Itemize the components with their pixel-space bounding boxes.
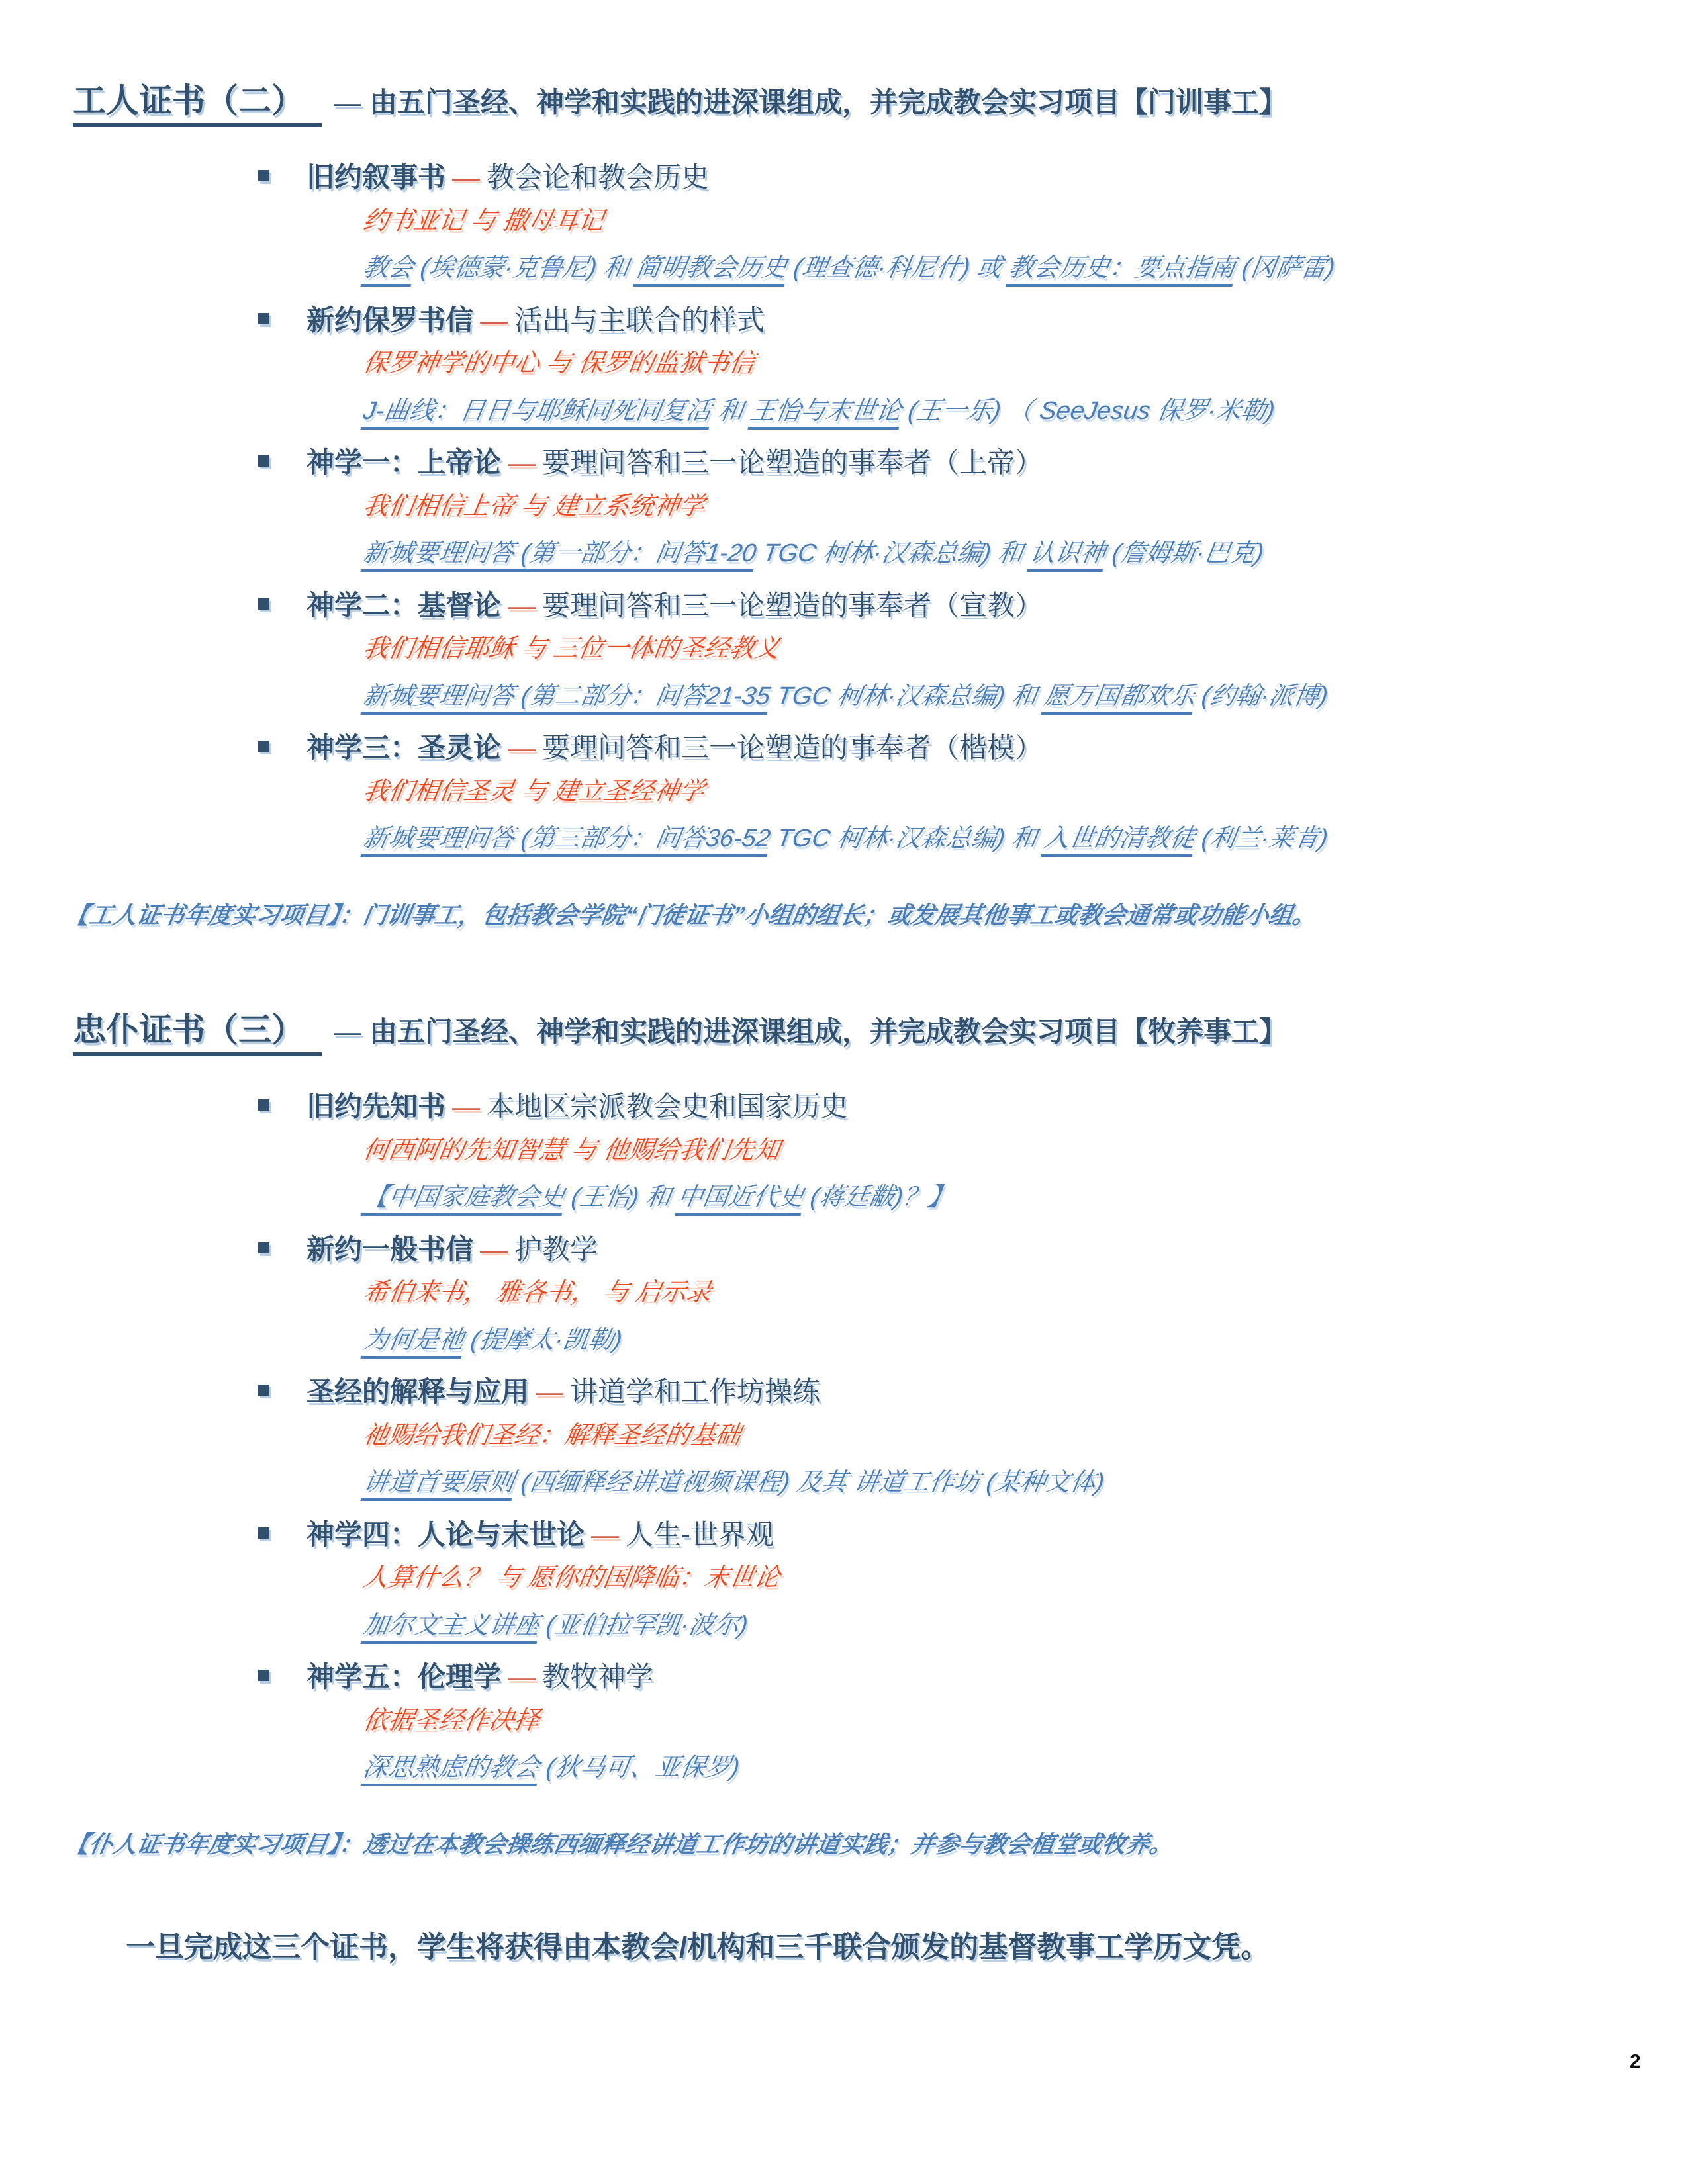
course-description: 讲道学和工作坊操练 — [570, 1376, 820, 1407]
course-item: 神学四：人论与末世论—人生-世界观人算什么？ 与 愿你的国降临：末世论加尔文主义… — [258, 1518, 1688, 1642]
required-readings-red: 何西阿的先知智慧 与 他赐给我们先知 — [361, 1135, 782, 1167]
course-dash: — — [452, 161, 480, 193]
book-title-link[interactable]: 教会历史：要点指南 — [1006, 254, 1238, 287]
course-name: 神学一：上帝论 — [306, 447, 501, 478]
course-red-row: 希伯来书， 雅各书， 与 启示录 — [361, 1277, 1688, 1309]
course-item: 神学二：基督论—要理问答和三一论塑造的事奉者（宣教）我们相信耶稣 与 三位一体的… — [258, 588, 1688, 713]
course-description: 要理问答和三一论塑造的事奉者（宣教） — [542, 590, 1043, 621]
bullet-square-icon — [258, 1385, 269, 1396]
bullet-square-icon — [258, 598, 269, 610]
course-description: 教牧神学 — [542, 1661, 653, 1692]
course-heading: 神学四：人论与末世论—人生-世界观 — [258, 1518, 1688, 1553]
bullet-square-icon — [258, 313, 269, 324]
page-number: 2 — [1630, 2050, 1641, 2073]
readings-blue: 为何是祂 (提摩太·凯勒) — [361, 1325, 624, 1357]
course-name: 新约一般书信 — [306, 1234, 473, 1265]
course-dash: — — [508, 1661, 536, 1692]
course-heading: 旧约叙事书—教会论和教会历史 — [258, 160, 1688, 195]
book-title-link[interactable]: 【中国家庭教会史 — [360, 1183, 567, 1216]
course-name: 圣经的解释与应用 — [306, 1376, 529, 1407]
course-dash: — — [591, 1519, 619, 1550]
book-title-link[interactable]: 新城要理问答 (第二部分：问答21-35 — [360, 682, 772, 715]
course-dash: — — [480, 304, 508, 336]
course-heading: 新约保罗书信—活出与主联合的样式 — [258, 303, 1688, 338]
book-author-text: (詹姆斯·巴克) — [1103, 539, 1266, 567]
certificate-section: 忠仆证书（三）—由五门圣经、神学和实践的进深课组成，并完成教会实习项目【牧养事工… — [0, 1003, 1688, 1860]
course-description: 要理问答和三一论塑造的事奉者（楷模） — [542, 732, 1043, 763]
section-summary: 由五门圣经、神学和实践的进深课组成，并完成教会实习项目【门训事工】 — [369, 87, 1287, 118]
bullet-square-icon — [258, 170, 269, 181]
book-author-text: (埃德蒙·克鲁尼) 和 — [412, 254, 638, 282]
course-blue-row: 新城要理问答 (第三部分：问答36-52 TGC 柯林·汉森总编) 和 入世的清… — [361, 823, 1688, 855]
course-red-row: 依据圣经作决择 — [361, 1706, 1688, 1737]
book-author-text: (王一乐) （ SeeJesus 保罗·米勒) — [899, 397, 1276, 425]
section-dash: — — [334, 1016, 361, 1047]
course-heading: 圣经的解释与应用—讲道学和工作坊操练 — [258, 1375, 1688, 1410]
course-dash: — — [536, 1376, 563, 1407]
document-page: 工人证书（二）—由五门圣经、神学和实践的进深课组成，并完成教会实习项目【门训事工… — [0, 0, 1688, 2184]
readings-blue: 讲道首要原则 (西缅释经讲道视频课程) 及其 讲道工作坊 (某种文体) — [361, 1467, 1106, 1499]
required-readings-red: 希伯来书， 雅各书， 与 启示录 — [361, 1277, 714, 1309]
course-heading: 旧约先知书—本地区宗派教会史和国家历史 — [258, 1089, 1688, 1124]
book-author-text: 和 — [709, 397, 753, 425]
course-name: 旧约先知书 — [306, 1091, 445, 1122]
book-author-text: (狄马可、亚保罗) — [538, 1754, 742, 1782]
course-name: 新约保罗书信 — [306, 304, 473, 336]
book-title-link[interactable]: 愿万国都欢乐 — [1041, 682, 1197, 715]
internship-note-row: 【仆人证书年度实习项目】：透过在本教会操练西缅释经讲道工作坊的讲道实践；并参与教… — [63, 1829, 1688, 1860]
book-title-link[interactable]: 教会 — [360, 254, 416, 287]
book-title-link[interactable]: 中国近代史 — [675, 1183, 806, 1216]
course-dash: — — [452, 1091, 480, 1122]
internship-note: 【工人证书年度实习项目】：门训事工，包括教会学院“门徒证书”小组的组长；或发展其… — [63, 900, 1319, 931]
sections-container: 工人证书（二）—由五门圣经、神学和实践的进深课组成，并完成教会实习项目【门训事工… — [0, 74, 1688, 1860]
course-dash: — — [480, 1234, 508, 1265]
course-name: 神学三：圣灵论 — [306, 732, 501, 763]
course-name: 神学五：伦理学 — [306, 1661, 501, 1692]
course-item: 新约保罗书信—活出与主联合的样式保罗神学的中心 与 保罗的监狱书信J-曲线：日日… — [258, 303, 1688, 428]
required-readings-red: 保罗神学的中心 与 保罗的监狱书信 — [361, 348, 757, 380]
course-blue-row: J-曲线：日日与耶稣同死同复活 和 王怡与末世论 (王一乐) （ SeeJesu… — [361, 396, 1688, 428]
required-readings-red: 祂赐给我们圣经：解释圣经的基础 — [361, 1420, 743, 1452]
bullet-square-icon — [258, 741, 269, 752]
book-title-link[interactable]: 简明教会历史 — [633, 254, 789, 287]
course-blue-row: 【中国家庭教会史 (王怡) 和 中国近代史 (蒋廷黻)？】 — [361, 1182, 1688, 1214]
required-readings-red: 我们相信圣灵 与 建立圣经神学 — [361, 776, 707, 808]
course-red-row: 我们相信圣灵 与 建立圣经神学 — [361, 776, 1688, 808]
course-red-row: 祂赐给我们圣经：解释圣经的基础 — [361, 1420, 1688, 1452]
book-title-link[interactable]: 深思熟虑的教会 — [360, 1754, 541, 1786]
course-name: 神学四：人论与末世论 — [306, 1519, 585, 1550]
readings-blue: 新城要理问答 (第一部分：问答1-20 TGC 柯林·汉森总编) 和 认识神 (… — [361, 538, 1266, 570]
book-author-text: (利兰·莱肯) — [1193, 825, 1330, 852]
course-description: 活出与主联合的样式 — [514, 304, 765, 336]
course-red-row: 何西阿的先知智慧 与 他赐给我们先知 — [361, 1135, 1688, 1167]
section-title-row: 工人证书（二）—由五门圣经、神学和实践的进深课组成，并完成教会实习项目【门训事工… — [73, 74, 1688, 122]
course-dash: — — [508, 590, 536, 621]
book-title-link[interactable]: J-曲线：日日与耶稣同死同复活 — [360, 397, 713, 430]
course-item: 神学一：上帝论—要理问答和三一论塑造的事奉者（上帝）我们相信上帝 与 建立系统神… — [258, 445, 1688, 570]
course-red-row: 保罗神学的中心 与 保罗的监狱书信 — [361, 348, 1688, 380]
book-author-text: (亚伯拉罕凯·波尔) — [538, 1612, 750, 1639]
course-item: 圣经的解释与应用—讲道学和工作坊操练祂赐给我们圣经：解释圣经的基础讲道首要原则 … — [258, 1375, 1688, 1499]
course-blue-row: 新城要理问答 (第二部分：问答21-35 TGC 柯林·汉森总编) 和 愿万国都… — [361, 681, 1688, 713]
required-readings-red: 我们相信耶稣 与 三位一体的圣经教义 — [361, 633, 782, 665]
course-blue-row: 讲道首要原则 (西缅释经讲道视频课程) 及其 讲道工作坊 (某种文体) — [361, 1467, 1688, 1499]
book-title-link[interactable]: 认识神 — [1027, 539, 1107, 572]
course-red-row: 我们相信上帝 与 建立系统神学 — [361, 491, 1688, 523]
book-title-link[interactable]: 王怡与末世论 — [747, 397, 904, 430]
course-blue-row: 为何是祂 (提摩太·凯勒) — [361, 1325, 1688, 1357]
book-author-text: TGC 柯林·汉森总编) 和 — [754, 539, 1032, 567]
readings-blue: 新城要理问答 (第三部分：问答36-52 TGC 柯林·汉森总编) 和 入世的清… — [361, 823, 1330, 855]
readings-blue: 新城要理问答 (第二部分：问答21-35 TGC 柯林·汉森总编) 和 愿万国都… — [361, 681, 1330, 713]
course-item: 旧约先知书—本地区宗派教会史和国家历史何西阿的先知智慧 与 他赐给我们先知【中国… — [258, 1089, 1688, 1214]
section-title: 忠仆证书（三） — [73, 1011, 322, 1056]
course-description: 要理问答和三一论塑造的事奉者（上帝） — [542, 447, 1043, 478]
book-author-text: TGC 柯林·汉森总编) 和 — [768, 825, 1046, 852]
course-item: 旧约叙事书—教会论和教会历史约书亚记 与 撒母耳记教会 (埃德蒙·克鲁尼) 和 … — [258, 160, 1688, 285]
course-description: 人生-世界观 — [626, 1519, 774, 1550]
course-item: 新约一般书信—护教学希伯来书， 雅各书， 与 启示录为何是祂 (提摩太·凯勒) — [258, 1232, 1688, 1357]
course-item: 神学五：伦理学—教牧神学依据圣经作决择深思熟虑的教会 (狄马可、亚保罗) — [258, 1660, 1688, 1784]
book-author-text: (王怡) 和 — [563, 1183, 680, 1211]
course-blue-row: 加尔文主义讲座 (亚伯拉罕凯·波尔) — [361, 1610, 1688, 1642]
section-title-row: 忠仆证书（三）—由五门圣经、神学和实践的进深课组成，并完成教会实习项目【牧养事工… — [73, 1003, 1688, 1051]
internship-note: 【仆人证书年度实习项目】：透过在本教会操练西缅释经讲道工作坊的讲道实践；并参与教… — [63, 1829, 1176, 1860]
course-description: 教会论和教会历史 — [487, 161, 709, 193]
course-heading: 神学五：伦理学—教牧神学 — [258, 1660, 1688, 1695]
certificate-section: 工人证书（二）—由五门圣经、神学和实践的进深课组成，并完成教会实习项目【门训事工… — [0, 74, 1688, 931]
book-author-text: (西缅释经讲道视频课程) 及其 讲道工作坊 (某种文体) — [512, 1469, 1107, 1496]
bullet-square-icon — [258, 1527, 269, 1539]
required-readings-red: 人算什么？ 与 愿你的国降临：末世论 — [361, 1563, 782, 1594]
course-dash: — — [508, 732, 536, 763]
course-red-row: 人算什么？ 与 愿你的国降临：末世论 — [361, 1563, 1688, 1594]
book-title-link[interactable]: 为何是祂 — [360, 1326, 466, 1359]
course-item: 神学三：圣灵论—要理问答和三一论塑造的事奉者（楷模）我们相信圣灵 与 建立圣经神… — [258, 731, 1688, 855]
book-title-link[interactable]: 加尔文主义讲座 — [360, 1612, 541, 1644]
course-heading: 新约一般书信—护教学 — [258, 1232, 1688, 1267]
section-summary: 由五门圣经、神学和实践的进深课组成，并完成教会实习项目【牧养事工】 — [369, 1016, 1287, 1047]
section-title: 工人证书（二） — [73, 82, 322, 127]
course-description: 护教学 — [514, 1234, 598, 1265]
course-name: 神学二：基督论 — [306, 590, 501, 621]
required-readings-red: 我们相信上帝 与 建立系统神学 — [361, 491, 707, 523]
book-author-text: (冈萨雷) — [1233, 254, 1337, 282]
book-title-link[interactable]: 新城要理问答 (第三部分：问答36-52 — [360, 825, 772, 857]
bullet-square-icon — [258, 1099, 269, 1111]
course-blue-row: 教会 (埃德蒙·克鲁尼) 和 简明教会历史 (理查德·科尼什) 或 教会历史：要… — [361, 253, 1688, 285]
course-dash: — — [508, 447, 536, 478]
bullet-square-icon — [258, 455, 269, 467]
readings-blue: 教会 (埃德蒙·克鲁尼) 和 简明教会历史 (理查德·科尼什) 或 教会历史：要… — [361, 253, 1337, 285]
course-heading: 神学三：圣灵论—要理问答和三一论塑造的事奉者（楷模） — [258, 731, 1688, 766]
readings-blue: 加尔文主义讲座 (亚伯拉罕凯·波尔) — [361, 1610, 750, 1642]
required-readings-red: 约书亚记 与 撒母耳记 — [361, 206, 606, 238]
book-author-text: (约翰·派博) — [1193, 682, 1330, 710]
footer-statement: 一旦完成这三个证书，学生将获得由本教会/机构和三千联合颁发的基督教事工学历文凭。 — [126, 1923, 1688, 1966]
book-author-text: (提摩太·凯勒) — [462, 1326, 624, 1354]
required-readings-red: 依据圣经作决择 — [361, 1706, 542, 1737]
book-author-text: (蒋廷黻)？】 — [802, 1183, 956, 1211]
course-red-row: 约书亚记 与 撒母耳记 — [361, 206, 1688, 238]
course-heading: 神学一：上帝论—要理问答和三一论塑造的事奉者（上帝） — [258, 445, 1688, 480]
course-red-row: 我们相信耶稣 与 三位一体的圣经教义 — [361, 633, 1688, 665]
book-title-link[interactable]: 讲道首要原则 — [360, 1469, 516, 1501]
book-author-text: TGC 柯林·汉森总编) 和 — [768, 682, 1046, 710]
readings-blue: 深思熟虑的教会 (狄马可、亚保罗) — [361, 1752, 741, 1784]
course-heading: 神学二：基督论—要理问答和三一论塑造的事奉者（宣教） — [258, 588, 1688, 623]
course-description: 本地区宗派教会史和国家历史 — [487, 1091, 848, 1122]
bullet-square-icon — [258, 1670, 269, 1681]
course-name: 旧约叙事书 — [306, 161, 445, 193]
section-dash: — — [334, 87, 361, 118]
course-blue-row: 新城要理问答 (第一部分：问答1-20 TGC 柯林·汉森总编) 和 认识神 (… — [361, 538, 1688, 570]
internship-note-row: 【工人证书年度实习项目】：门训事工，包括教会学院“门徒证书”小组的组长；或发展其… — [63, 900, 1688, 931]
book-author-text: (理查德·科尼什) 或 — [784, 254, 1011, 282]
book-title-link[interactable]: 新城要理问答 (第一部分：问答1-20 — [360, 539, 758, 572]
course-blue-row: 深思熟虑的教会 (狄马可、亚保罗) — [361, 1752, 1688, 1784]
readings-blue: 【中国家庭教会史 (王怡) 和 中国近代史 (蒋廷黻)？】 — [361, 1182, 955, 1214]
bullet-square-icon — [258, 1242, 269, 1253]
book-title-link[interactable]: 入世的清教徒 — [1041, 825, 1197, 857]
readings-blue: J-曲线：日日与耶稣同死同复活 和 王怡与末世论 (王一乐) （ SeeJesu… — [361, 396, 1277, 428]
